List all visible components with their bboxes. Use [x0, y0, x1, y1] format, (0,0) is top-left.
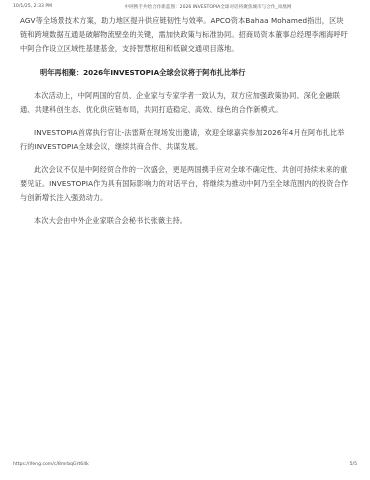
section-heading: 明年再相聚：2026年INVESTOPIA全球会议将于阿布扎比举行 [20, 66, 350, 80]
article-paragraph: AGV等全场景技术方案，助力地区提升供应链韧性与效率。APCO资本Bahaa M… [20, 14, 350, 56]
print-timestamp: 10/1/25, 2:33 PM [13, 4, 52, 9]
article-paragraph: INVESTOPIA首席执行官让-法雷斯在现场发出邀请，欢迎全球嘉宾参加2026… [20, 126, 350, 154]
print-url: https://ifeng.com/c/8mrbqGrt64k [13, 462, 89, 467]
page-number: 5/5 [350, 462, 357, 467]
article-paragraph: 本次活动上，中阿两国的官员、企业家与专家学者一致认为，双方应加强政策协同、深化金… [20, 89, 350, 117]
article-paragraph: 本次大会由中外企业家联合会秘书长张薇主持。 [20, 214, 350, 228]
print-header: 10/1/25, 2:33 PM 中阿携手共绘合作新蓝图：2026 INVEST… [0, 4, 370, 14]
print-footer: https://ifeng.com/c/8mrbqGrt64k 5/5 [0, 462, 370, 472]
article-paragraph: 此次会议不仅是中阿经贸合作的一次盛会，更是两国携手应对全球不确定性、共创可持续未… [20, 163, 350, 205]
article-body: AGV等全场景技术方案，助力地区提升供应链韧性与效率。APCO资本Bahaa M… [20, 14, 350, 228]
print-page-title: 中阿携手共绘合作新蓝图：2026 INVESTOPIA全球对话将聚焦城市与合作_… [98, 4, 318, 10]
